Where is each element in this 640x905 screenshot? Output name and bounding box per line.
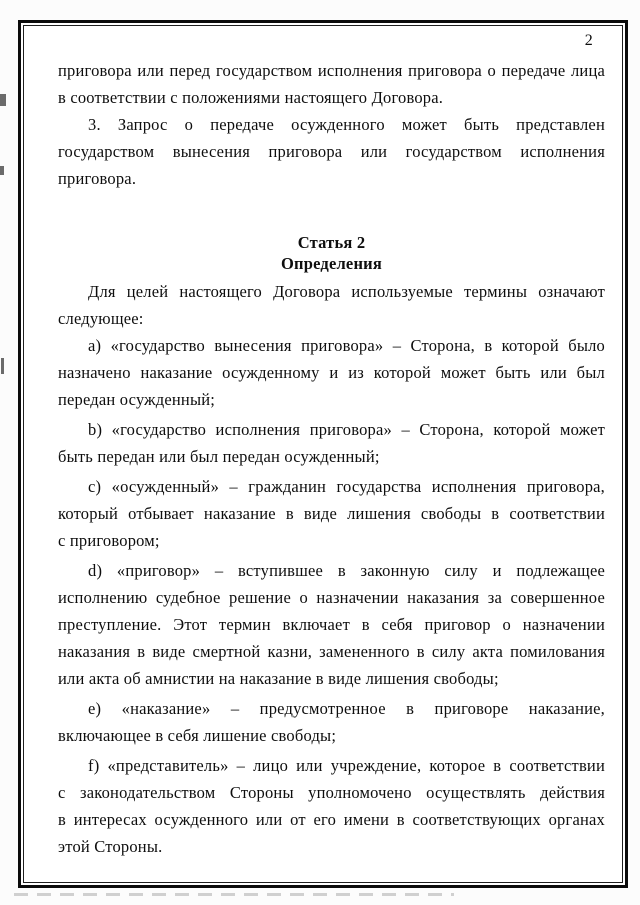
scan-artifact — [0, 94, 6, 106]
text-line: с приговором; — [58, 527, 605, 554]
definition-item-e: e) «наказание» – предусмотренное в приго… — [58, 695, 605, 749]
definition-item-b: b) «государство исполнения приговора» – … — [58, 416, 605, 470]
paragraph-continuation: приговора или перед государством исполне… — [58, 57, 605, 111]
scan-artifact — [1, 358, 4, 374]
text-line: e) «наказание» – предусмотренное в приго… — [58, 695, 605, 722]
text-line: f) «представитель» – лицо или учреждение… — [58, 752, 605, 779]
text-line: наказания в виде смертной казни, заменен… — [58, 638, 605, 665]
text-line: приговора или перед государством исполне… — [58, 57, 605, 84]
text-line: с законодательством Стороны уполномочено… — [58, 779, 605, 806]
article-number: Статья 2 — [58, 232, 605, 253]
paragraph-item-3: 3. Запрос о передаче осужденного может б… — [58, 111, 605, 192]
text-line: назначено наказание осужденному и из кот… — [58, 359, 605, 386]
paragraph-intro: Для целей настоящего Договора используем… — [58, 278, 605, 332]
text-line: этой Стороны. — [58, 833, 605, 860]
text-line: Для целей настоящего Договора используем… — [58, 278, 605, 305]
text-line: 3. Запрос о передаче осужденного может б… — [58, 111, 605, 138]
text-line: b) «государство исполнения приговора» – … — [58, 416, 605, 443]
article-heading: Статья 2 Определения — [58, 232, 605, 274]
definition-item-c: c) «осужденный» – гражданин государства … — [58, 473, 605, 554]
article-title: Определения — [58, 253, 605, 274]
text-line: в интересах осужденного или от его имени… — [58, 806, 605, 833]
page-number: 2 — [58, 31, 605, 51]
document-page: 2 приговора или перед государством испол… — [18, 20, 628, 888]
definition-item-d: d) «приговор» – вступившее в законную си… — [58, 557, 605, 692]
text-line: c) «осужденный» – гражданин государства … — [58, 473, 605, 500]
text-line: который отбывает наказание в виде лишени… — [58, 500, 605, 527]
text-line: преступление. Этот термин включает в себ… — [58, 611, 605, 638]
text-line: a) «государство вынесения приговора» – С… — [58, 332, 605, 359]
page-content: 2 приговора или перед государством испол… — [21, 23, 625, 885]
text-line: государством вынесения приговора или гос… — [58, 138, 605, 165]
text-line: или акта об амнистии на наказание в виде… — [58, 665, 605, 692]
text-line: исполнению судебное решение о назначении… — [58, 584, 605, 611]
text-line: в соответствии с положениями настоящего … — [58, 84, 605, 111]
text-line: d) «приговор» – вступившее в законную си… — [58, 557, 605, 584]
text-line: следующее: — [58, 305, 605, 332]
text-line: приговора. — [58, 165, 605, 192]
scan-artifact-bottom-shadow — [14, 893, 454, 896]
scan-artifact — [0, 166, 4, 175]
text-line: включающее в себя лишение свободы; — [58, 722, 605, 749]
text-line: быть передан или был передан осужденный; — [58, 443, 605, 470]
definition-item-a: a) «государство вынесения приговора» – С… — [58, 332, 605, 413]
definition-item-f: f) «представитель» – лицо или учреждение… — [58, 752, 605, 860]
text-line: передан осужденный; — [58, 386, 605, 413]
